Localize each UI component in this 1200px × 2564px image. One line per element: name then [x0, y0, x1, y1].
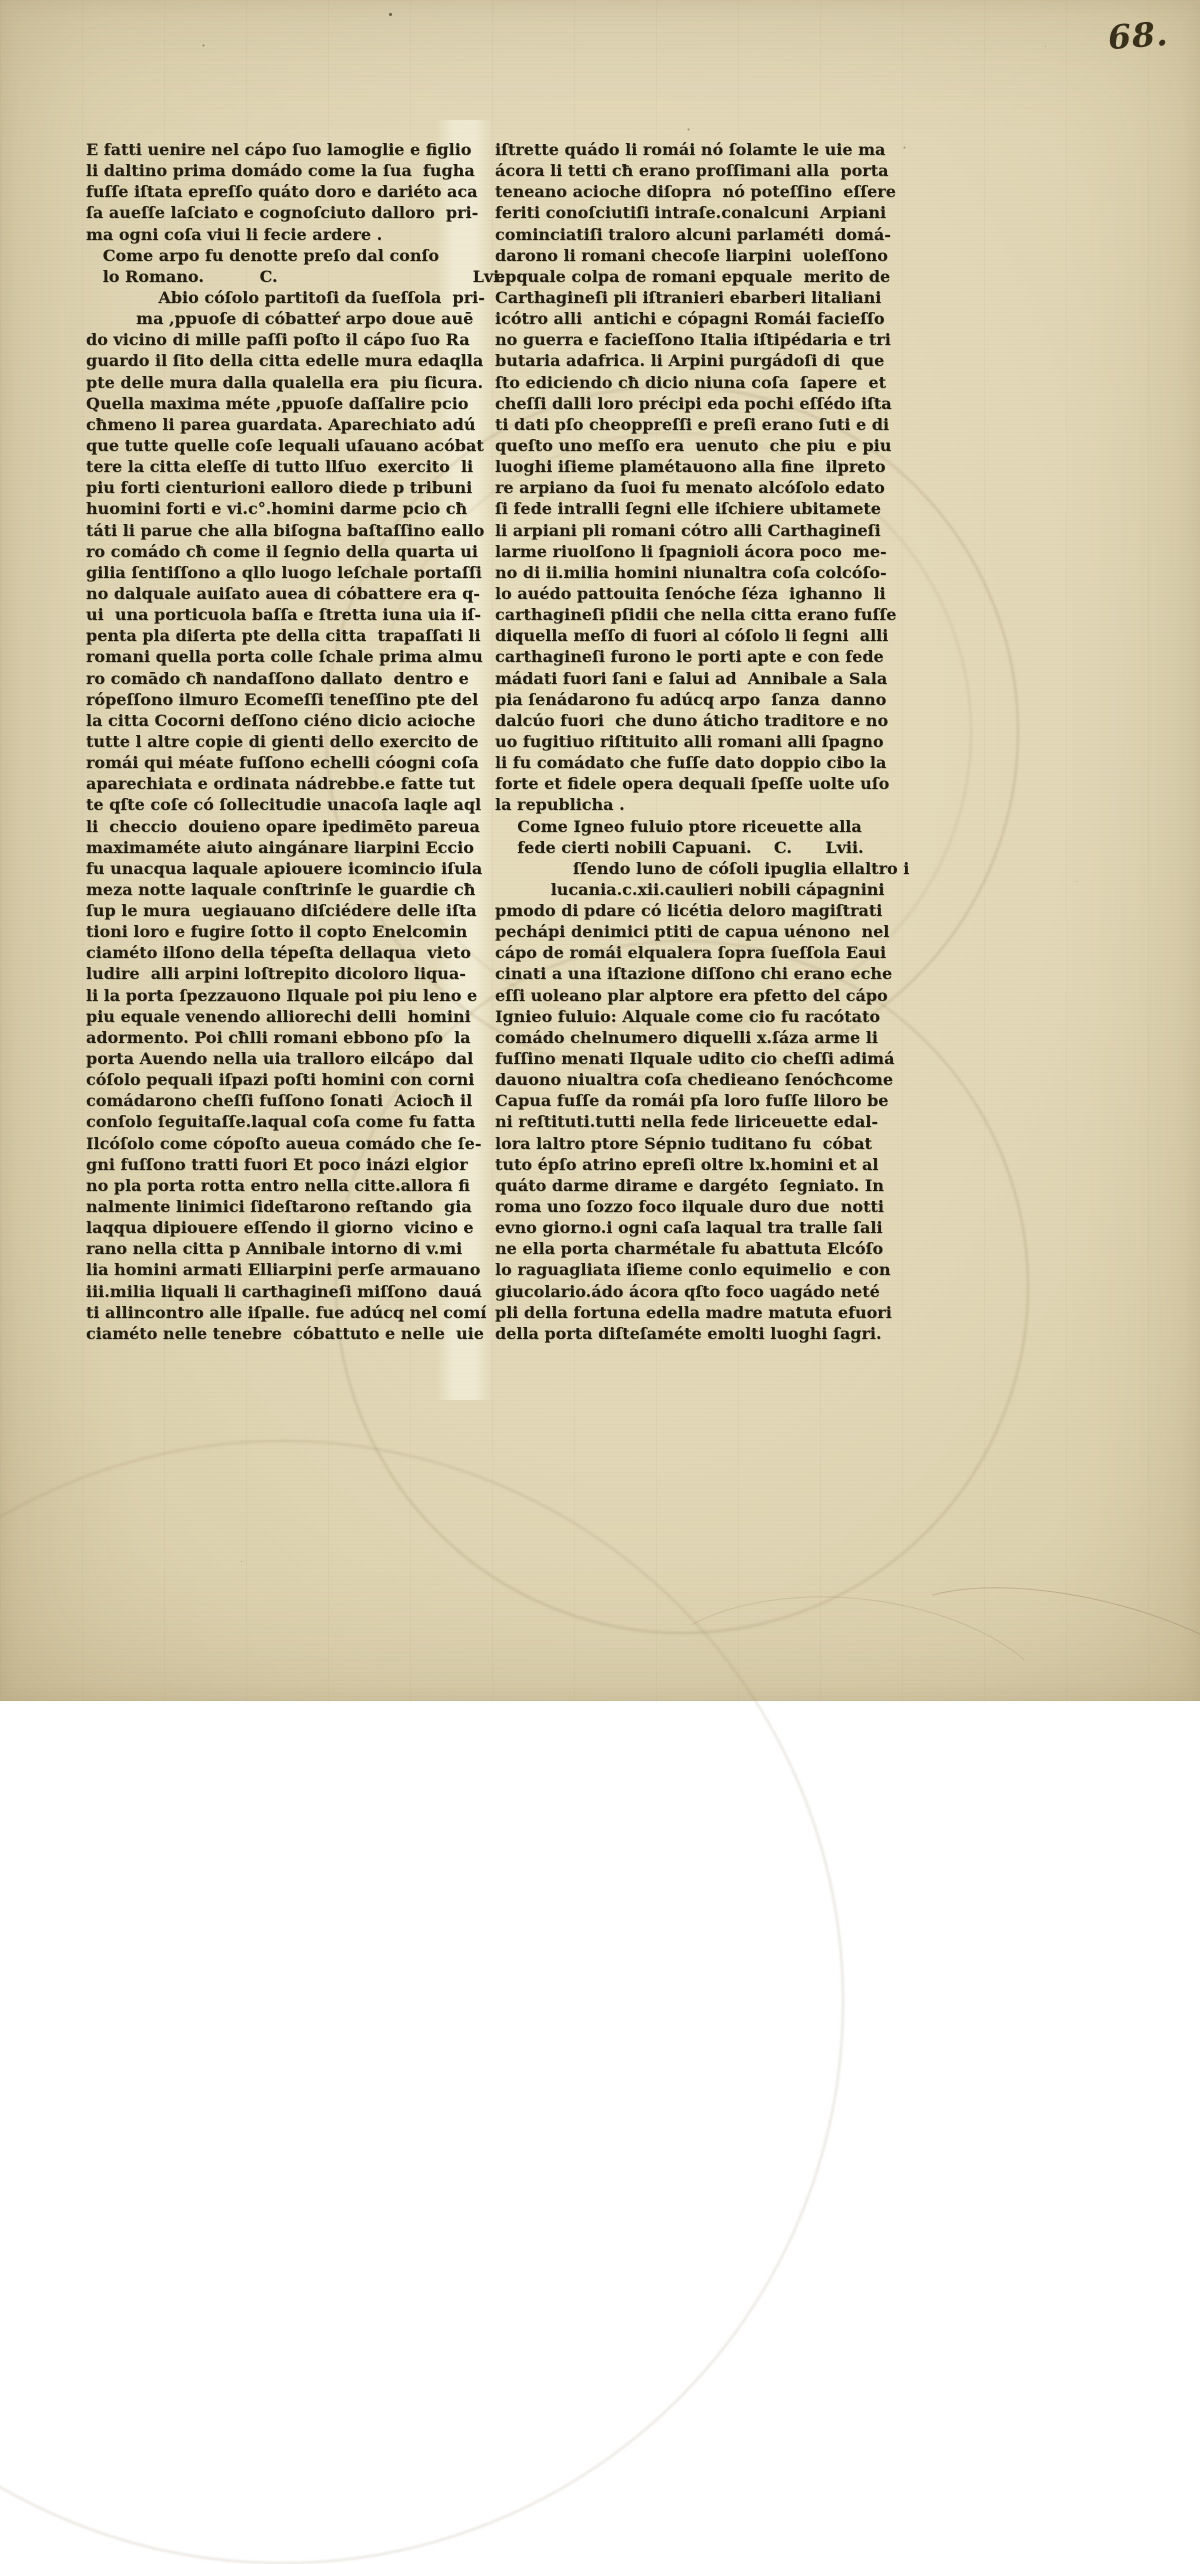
text-line: gilia ſentiſſono a qllo luogo leſchale p…	[86, 562, 488, 583]
text-line: tere la citta eleſſe di tutto llſuo exer…	[86, 456, 488, 477]
text-line: larme riuolſono li ſpagnioli ácora poco …	[495, 541, 915, 562]
text-line: ne ella porta charmétale fu abattuta Elc…	[495, 1238, 915, 1259]
text-line: romani quella porta colle ſchale prima a…	[86, 646, 488, 667]
text-line: meza notte laquale conſtrinſe le guardie…	[86, 879, 488, 900]
text-line: forte et fidele opera dequali ſpeſſe uol…	[495, 773, 915, 794]
text-line: ſto ediciendo cħ dicio niuna coſa ſapere…	[495, 372, 915, 393]
text-line: roma uno ſozzo foco ilquale duro due not…	[495, 1196, 915, 1217]
text-line: conſolo ſeguitaſſe.laqual coſa come fu f…	[86, 1111, 488, 1132]
text-line: ſi fede intralli ſegni elle iſchiere ubi…	[495, 498, 915, 519]
text-line: ma ,ppuoſe di cóbatteŕ arpo doue auē	[86, 308, 488, 329]
text-line: ciaméto ilſono della tépeſta dellaqua vi…	[86, 942, 488, 963]
text-line: Come Igneo fuluio ptore riceuette alla	[495, 816, 915, 837]
text-line: carthagineſi pſidii che nella citta eran…	[495, 604, 915, 625]
text-line: do vicino di mille paſſi poſto il cápo ſ…	[86, 329, 488, 350]
text-line: te qſte coſe có ſollecitudie unacoſa laq…	[86, 794, 488, 815]
text-line: tioni loro e fugire ſotto il copto Enelc…	[86, 921, 488, 942]
text-line: luoghi iſieme plamétauono alla fine ilpr…	[495, 456, 915, 477]
text-line: quáto darme dirame e dargéto ſegniato. I…	[495, 1175, 915, 1196]
text-line: ludire alli arpini loſtrepito dicoloro l…	[86, 963, 488, 984]
text-line: re arpiano da ſuoi fu menato alcóſolo ed…	[495, 477, 915, 498]
text-line: lo raguagliata iſieme conlo equimelio e …	[495, 1259, 915, 1280]
text-line: ſa aueſſe laſciato e cognoſciuto dalloro…	[86, 202, 488, 223]
text-line: ácora li tetti cħ erano proſſimani alla …	[495, 160, 915, 181]
text-line: ro comádo cħ come il ſegnio della quarta…	[86, 541, 488, 562]
text-line: evno giorno.i ogni caſa laqual tra trall…	[495, 1217, 915, 1238]
text-line: cóſolo pequali iſpazi poſti homini con c…	[86, 1069, 488, 1090]
text-line: diquella meſſo di fuori al cóſolo li ſeg…	[495, 625, 915, 646]
text-line: teneano acioche diſopra nó poteſſino eſſ…	[495, 181, 915, 202]
watermark-circle-bottom-left	[0, 1440, 844, 1701]
text-line: iſtrette quádo li romái nó ſolamte le ui…	[495, 139, 915, 160]
text-line: Ilcóſolo come cópoſto aueua comádo che ſ…	[86, 1133, 488, 1154]
text-line: lo auédo pattouita ſenóche ſéza ighanno …	[495, 583, 915, 604]
text-line: cħmeno li parea guardata. Aparechiato ad…	[86, 414, 488, 435]
text-line: pmodo di pdare có licétia deloro magiſtr…	[495, 900, 915, 921]
paper-crease	[630, 1577, 1073, 1701]
text-line: no guerra e facieſſono Italia iſtipédari…	[495, 329, 915, 350]
text-line: adormento. Poi cħlli romani ebbono pſo l…	[86, 1027, 488, 1048]
text-line: lo Romano. C. Lvi.	[86, 266, 488, 287]
text-line: guardo il ſito della citta edelle mura e…	[86, 350, 488, 371]
text-line: que tutte quelle coſe lequali uſauano ac…	[86, 435, 488, 456]
text-line: ti allincontro alle iſpalle. fue adúcq n…	[86, 1302, 488, 1323]
text-line: li arpiani pli romani cótro alli Carthag…	[495, 520, 915, 541]
text-line: no di ii.milia homini niunaltra coſa col…	[495, 562, 915, 583]
text-line: eſſi uoleano plar alptore era pfetto del…	[495, 985, 915, 1006]
text-line: comádarono cheſſi fuſſono ſonati Aciocħ …	[86, 1090, 488, 1111]
text-line: lora laltro ptore Sépnio tuditano fu cób…	[495, 1133, 915, 1154]
text-line: queſto uno meſſo era uenuto che piu e pi…	[495, 435, 915, 456]
text-line: icótro alli antichi e cópagni Romái faci…	[495, 308, 915, 329]
text-line: no dalquale auiſato auea di cóbattere er…	[86, 583, 488, 604]
text-line: ſſendo luno de cóſoli ipuglia ellaltro i	[495, 858, 915, 879]
text-line: cheſſi dalli loro précipi eda pochi eſſé…	[495, 393, 915, 414]
text-line: ro comādo cħ nandaſſono dallato dentro e	[86, 668, 488, 689]
text-line: pia ſenádarono fu adúcq arpo ſanza danno	[495, 689, 915, 710]
text-line: carthagineſi furono le porti apte e con …	[495, 646, 915, 667]
text-line: fuſſe iſtata epreſſo quáto doro e dariét…	[86, 181, 488, 202]
text-line: pte delle mura dalla qualella era piu ſi…	[86, 372, 488, 393]
text-line: feriti conoſciutiſi intraſe.conalcuni Ar…	[495, 202, 915, 223]
left-text-column: E fatti uenire nel cápo ſuo lamoglie e f…	[86, 139, 488, 1344]
text-line: pli della fortuna edella madre matuta ef…	[495, 1302, 915, 1323]
text-line: maximaméte aiuto aingánare liarpini Ecci…	[86, 837, 488, 858]
text-line: ni reſtituti.tutti nella fede liriceuett…	[495, 1111, 915, 1132]
text-line: Come arpo fu denotte preſo dal conſo	[86, 245, 488, 266]
text-line: lia homini armati Elliarpini perſe armau…	[86, 1259, 488, 1280]
text-line: ſup le mura uegiauano diſciédere delle i…	[86, 900, 488, 921]
text-line: uo fugitiuo riſtituito alli romani alli …	[495, 731, 915, 752]
text-line: li la porta ſpezzauono Ilquale poi piu l…	[86, 985, 488, 1006]
text-line: E fatti uenire nel cápo ſuo lamoglie e f…	[86, 139, 488, 160]
text-line: fuſſino menati Ilquale udito cio cheſſi …	[495, 1048, 915, 1069]
folio-number: 68.	[1107, 14, 1170, 57]
text-line: Quella maxima méte ,ppuoſe daſſalire pci…	[86, 393, 488, 414]
text-line: pechápi denimici ptiti de capua uénono n…	[495, 921, 915, 942]
text-line: ui una porticuola baſſa e ſtretta iuna u…	[86, 604, 488, 625]
text-line: cominciatiſi traloro alcuni parlaméti do…	[495, 224, 915, 245]
text-line: aparechiata e ordinata nádrebbe.e fatte …	[86, 773, 488, 794]
text-line: giucolario.ádo ácora qſto foco uagádo ne…	[495, 1281, 915, 1302]
text-line: dalcúo fuori che duno áticho traditore e…	[495, 710, 915, 731]
text-line: iii.milia liquali li carthagineſi miſſon…	[86, 1281, 488, 1302]
text-line: mádati fuori ſani e ſalui ad Annibale a …	[495, 668, 915, 689]
text-line: gni fuſſono tratti fuori Et poco inázi e…	[86, 1154, 488, 1175]
text-line: della porta diſteſaméte emolti luoghi ſa…	[495, 1323, 915, 1344]
page: 68. E fatti uenire nel cápo ſuo lamoglie…	[0, 0, 1200, 1701]
text-line: no pla porta rotta entro nella citte.all…	[86, 1175, 488, 1196]
text-line: Ignieo fuluio: Alquale come cio fu racót…	[495, 1006, 915, 1027]
text-line: piu forti cienturioni ealloro diede p tr…	[86, 477, 488, 498]
text-line: fede cierti nobili Capuani. C. Lvii.	[495, 837, 915, 858]
text-line: li daltino prima domádo come la ſua fugh…	[86, 160, 488, 181]
text-line: lucania.c.xii.caulieri nobili cápagnini	[495, 879, 915, 900]
text-line: cinati a una iſtazione diſſono chi erano…	[495, 963, 915, 984]
text-line: butaria adafrica. li Arpini purgádoſi di…	[495, 350, 915, 371]
text-line: ciaméto nelle tenebre cóbattuto e nelle …	[86, 1323, 488, 1344]
text-line: tutte l altre copie di gienti dello exer…	[86, 731, 488, 752]
text-line: Capua fuſſe da romái pſa loro fuſſe lilo…	[495, 1090, 915, 1111]
text-line: li checcio douieno opare ipedimēto pareu…	[86, 816, 488, 837]
text-line: Carthagineſi pli iſtranieri ebarberi lit…	[495, 287, 915, 308]
text-line: epquale colpa de romani epquale merito d…	[495, 266, 915, 287]
text-line: dauono niualtra coſa chedieano ſenócħcom…	[495, 1069, 915, 1090]
text-line: Abio cóſolo partitoſi da ſueſſola pri-	[86, 287, 488, 308]
right-text-column: iſtrette quádo li romái nó ſolamte le ui…	[495, 139, 915, 1344]
paper-specks	[389, 13, 392, 16]
text-line: fu unacqua laquale apiouere icomincio iſ…	[86, 858, 488, 879]
text-line: la republicha .	[495, 794, 915, 815]
text-line: li fu comádato che fuſſe dato doppio cib…	[495, 752, 915, 773]
text-line: nalmente linimici ſideſtarono reſtando g…	[86, 1196, 488, 1217]
text-line: rópeſſono ilmuro Ecomeſſi teneſſino pte …	[86, 689, 488, 710]
text-line: tuto épſo atrino epreſi oltre lx.homini …	[495, 1154, 915, 1175]
text-line: penta pla diſerta pte della citta trapaſ…	[86, 625, 488, 646]
text-line: la citta Cocorni deſſono ciéno dicio aci…	[86, 710, 488, 731]
text-line: ti dati pſo cheoppreſſi e preſi erano ſu…	[495, 414, 915, 435]
text-line: romái qui méate fuſſono echelli cóogni c…	[86, 752, 488, 773]
text-line: darono li romani checoſe liarpini uoleſſ…	[495, 245, 915, 266]
text-line: huomini forti e vi.c°.homini darme pcio …	[86, 498, 488, 519]
text-line: piu equale venendo alliorechi delli homi…	[86, 1006, 488, 1027]
text-line: comádo chelnumero diquelli x.ſáza arme l…	[495, 1027, 915, 1048]
text-line: rano nella citta p Annibale intorno di v…	[86, 1238, 488, 1259]
text-line: cápo de romái elqualera ſopra ſueſſola E…	[495, 942, 915, 963]
text-line: laqqua dipiouere eſſendo il giorno vicin…	[86, 1217, 488, 1238]
text-line: ma ogni coſa viui li fecie ardere .	[86, 224, 488, 245]
paper-crease	[867, 1551, 1200, 1701]
text-line: porta Auendo nella uia tralloro eilcápo …	[86, 1048, 488, 1069]
text-line: táti li parue che alla biſogna baſtaſſin…	[86, 520, 488, 541]
